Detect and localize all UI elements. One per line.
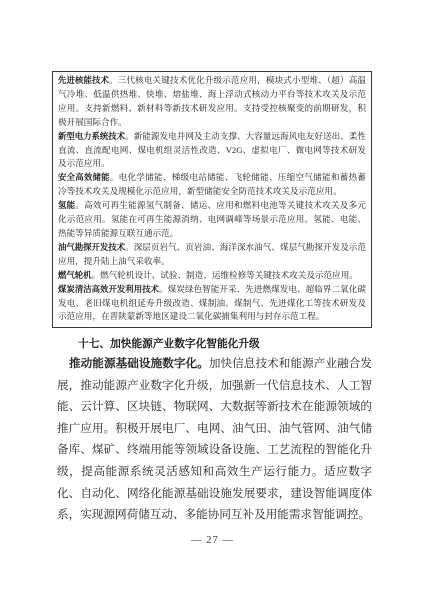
- box-item: 先进核能技术。三代核电关键技术优化升级示范应用，模块式小型堆、（超）高温气冷堆、…: [58, 74, 366, 130]
- section-heading: 十七、加快能源产业数字化智能化升级: [78, 336, 260, 351]
- box-item-text: 。高效可再生能源氢气制备、储运、应用和燃料电池等关键技术攻关及多元化示范应用。氢…: [58, 200, 366, 238]
- page-number: — 27 —: [0, 535, 425, 546]
- section-paragraph: 推动能源基础设施数字化。加快信息技术和能源产业融合发展，推动能源产业数字化升级，…: [57, 353, 372, 526]
- document-page: 先进核能技术。三代核电关键技术优化升级示范应用，模块式小型堆、（超）高温气冷堆、…: [0, 0, 425, 601]
- box-item-label: 先进核能技术: [58, 75, 109, 85]
- box-item-label: 新型电力系统技术: [58, 131, 125, 141]
- box-item: 新型电力系统技术。新能源发电并网及主动支撑、大容量远海风电友好送出、柔性直流、直…: [58, 130, 366, 172]
- box-item-label: 煤炭清洁高效开发利用技术: [58, 284, 159, 294]
- paragraph-lead: 推动能源基础设施数字化。: [69, 356, 209, 370]
- technology-box: 先进核能技术。三代核电关键技术优化升级示范应用，模块式小型堆、（超）高温气冷堆、…: [52, 71, 372, 328]
- box-item: 油气勘探开发技术。深层页岩气、页岩油、海洋深水油气、煤层气勘探开发及示范应用，提…: [58, 241, 366, 269]
- box-item-label: 氢能: [58, 200, 75, 210]
- box-item-label: 燃气轮机: [58, 270, 92, 280]
- box-item-text: 。燃气轮机设计、试验、制造、运维检修等关键技术攻关及示范应用。: [92, 270, 358, 280]
- paragraph-body: 加快信息技术和能源产业融合发展，推动能源产业数字化升级，加强新一代信息技术、人工…: [57, 356, 372, 521]
- box-item-label: 油气勘探开发技术: [58, 242, 125, 252]
- box-item: 氢能。高效可再生能源氢气制备、储运、应用和燃料电池等关键技术攻关及多元化示范应用…: [58, 199, 366, 241]
- box-item-label: 安全高效储能: [58, 172, 110, 182]
- box-item: 燃气轮机。燃气轮机设计、试验、制造、运维检修等关键技术攻关及示范应用。: [58, 269, 366, 283]
- box-item: 煤炭清洁高效开发利用技术。煤炭绿色智能开采、先进燃煤发电、超临界二氧化碳发电、老…: [58, 283, 366, 325]
- box-item: 安全高效储能。电化学储能、梯级电站储能、飞轮储能、压缩空气储能和蓄热蓄冷等技术攻…: [58, 171, 366, 199]
